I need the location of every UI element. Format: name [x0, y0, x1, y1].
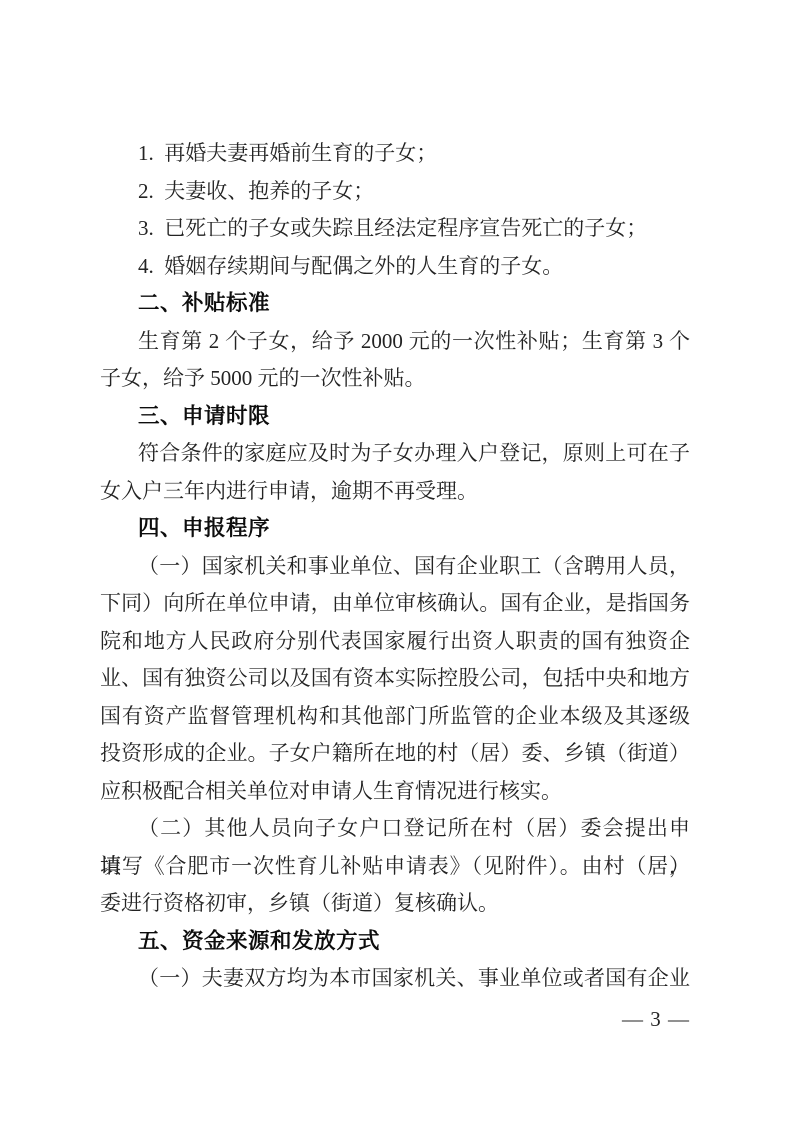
- paragraph-procedure-1-line-4: 业、国有独资公司以及国有资本实际控股公司，包括中央和地方: [100, 660, 690, 698]
- heading-funding-source: 五、资金来源和发放方式: [100, 923, 690, 961]
- list-item-1: 1. 再婚夫妻再婚前生育的子女；: [100, 135, 690, 173]
- paragraph-procedure-1-line-7: 应积极配合相关单位对申请人生育情况进行核实。: [100, 773, 690, 811]
- paragraph-procedure-2-line-1: （二）其他人员向子女户口登记所在村（居）委会提出申请，: [100, 810, 690, 848]
- paragraph-procedure-2-line-2: 填写《合肥市一次性育儿补贴申请表》（见附件）。由村（居）: [100, 848, 690, 886]
- paragraph-subsidy-line-1: 生育第 2 个子女，给予 2000 元的一次性补贴；生育第 3 个: [100, 323, 690, 361]
- paragraph-procedure-1-line-1: （一）国家机关和事业单位、国有企业职工（含聘用人员，: [100, 548, 690, 586]
- document-body: 1. 再婚夫妻再婚前生育的子女； 2. 夫妻收、抱养的子女； 3. 已死亡的子女…: [100, 135, 690, 998]
- paragraph-procedure-2-line-3: 委进行资格初审，乡镇（街道）复核确认。: [100, 885, 690, 923]
- paragraph-funding-line-1: （一）夫妻双方均为本市国家机关、事业单位或者国有企业: [100, 960, 690, 998]
- paragraph-procedure-1-line-6: 投资形成的企业。子女户籍所在地的村（居）委、乡镇（街道）: [100, 735, 690, 773]
- list-item-2: 2. 夫妻收、抱养的子女；: [100, 173, 690, 211]
- heading-application-procedure: 四、申报程序: [100, 510, 690, 548]
- document-page: 1. 再婚夫妻再婚前生育的子女； 2. 夫妻收、抱养的子女； 3. 已死亡的子女…: [0, 0, 793, 1122]
- paragraph-procedure-1-line-3: 院和地方人民政府分别代表国家履行出资人职责的国有独资企: [100, 623, 690, 661]
- page-number: — 3 —: [622, 1004, 690, 1034]
- list-item-4: 4. 婚姻存续期间与配偶之外的人生育的子女。: [100, 248, 690, 286]
- paragraph-procedure-1-line-5: 国有资产监督管理机构和其他部门所监管的企业本级及其逐级: [100, 698, 690, 736]
- paragraph-deadline-line-1: 符合条件的家庭应及时为子女办理入户登记，原则上可在子: [100, 435, 690, 473]
- heading-application-deadline: 三、申请时限: [100, 398, 690, 436]
- heading-subsidy-standard: 二、补贴标准: [100, 285, 690, 323]
- list-item-3: 3. 已死亡的子女或失踪且经法定程序宣告死亡的子女；: [100, 210, 690, 248]
- paragraph-deadline-line-2: 女入户三年内进行申请，逾期不再受理。: [100, 473, 690, 511]
- paragraph-subsidy-line-2: 子女，给予 5000 元的一次性补贴。: [100, 360, 690, 398]
- paragraph-procedure-1-line-2: 下同）向所在单位申请，由单位审核确认。国有企业，是指国务: [100, 585, 690, 623]
